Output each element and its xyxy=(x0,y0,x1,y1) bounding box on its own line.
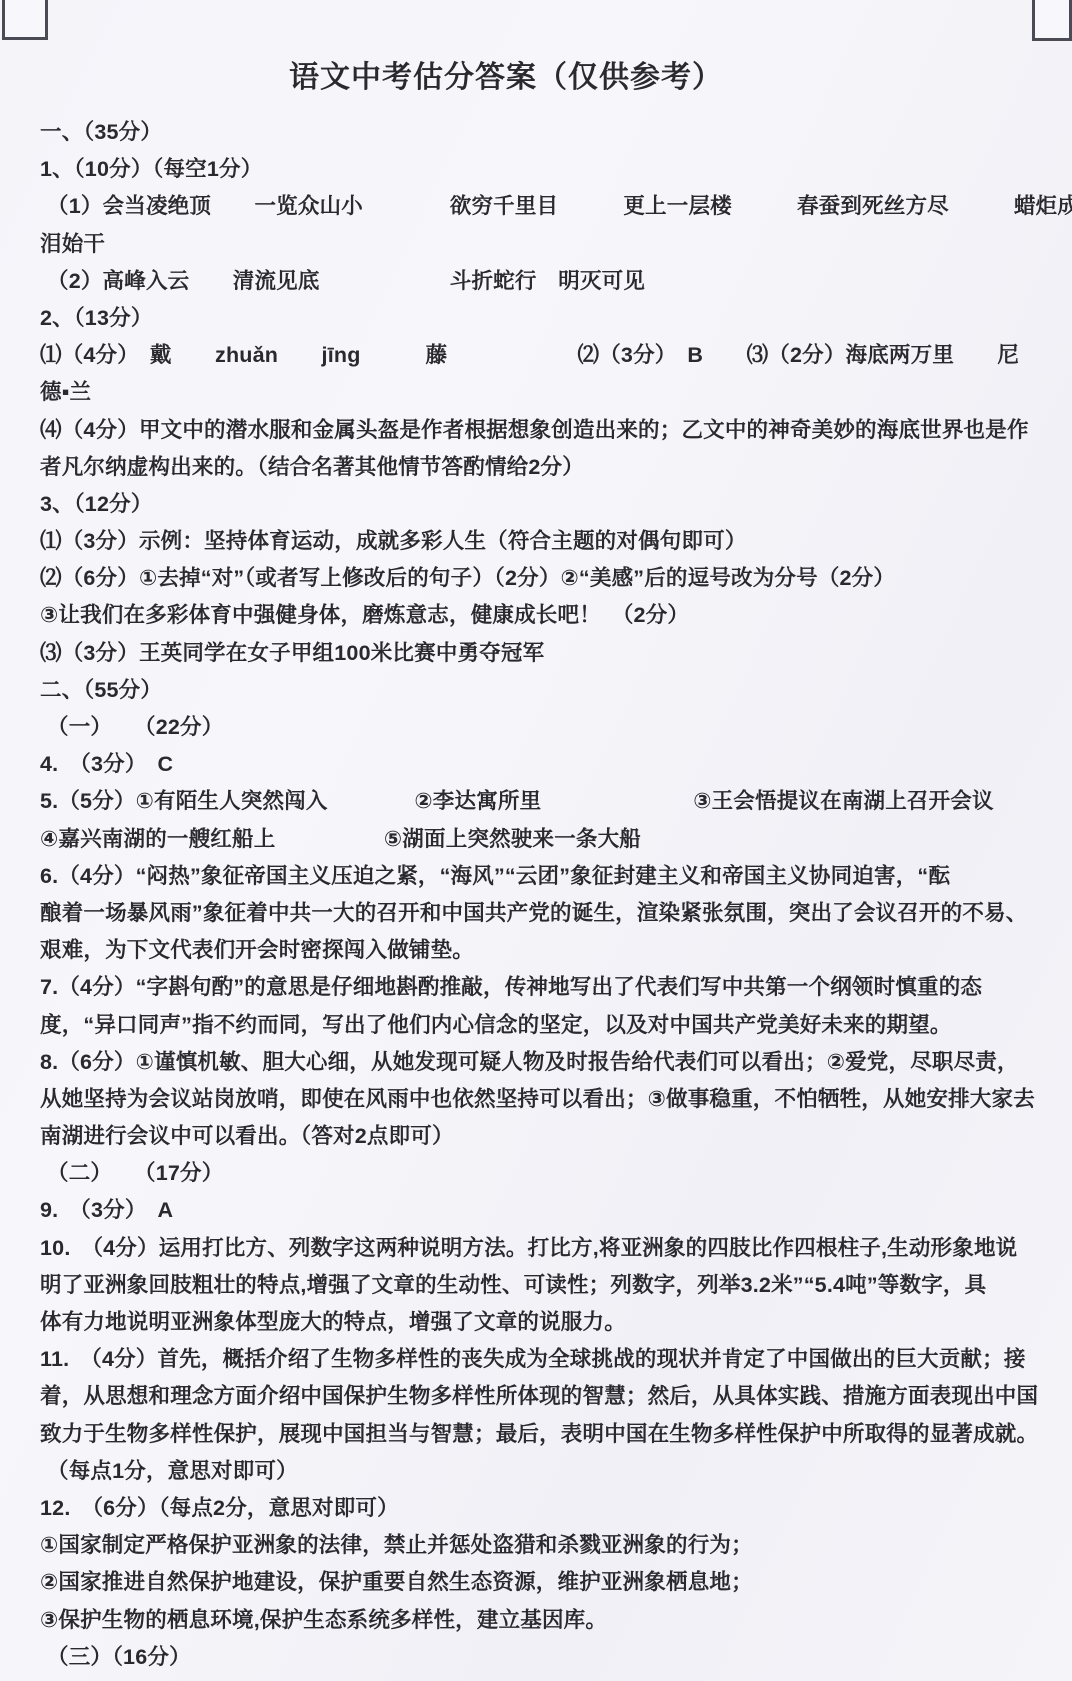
answer-line: 体有力地说明亚洲象体型庞大的特点，增强了文章的说服力。 xyxy=(40,1304,1048,1341)
answer-line: （三）（16分） xyxy=(40,1639,1048,1676)
answer-line: 一、（35分） xyxy=(40,114,1048,151)
answer-line: 6.（4分）“闷热”象征帝国主义压迫之紧，“海风”“云团”象征封建主义和帝国主义… xyxy=(40,858,1048,895)
answer-line: ②国家推进自然保护地建设，保护重要自然生态资源，维护亚洲象栖息地； xyxy=(40,1564,1048,1601)
answer-line: （2）高峰入云 清流见底 斗折蛇行 明灭可见 xyxy=(40,263,1048,300)
answer-line: 德▪兰 xyxy=(40,374,1048,411)
answer-line: 明了亚洲象回肢粗壮的特点,增强了文章的生动性、可读性；列数字，列举3.2米”“5… xyxy=(40,1267,1048,1304)
answer-line: 10. （4分）运用打比方、列数字这两种说明方法。打比方,将亚洲象的四肢比作四根… xyxy=(40,1230,1048,1267)
answer-line: 3、（12分） xyxy=(40,486,1048,523)
answer-line: ③让我们在多彩体育中强健身体，磨炼意志，健康成长吧！ （2分） xyxy=(40,597,1048,634)
answer-line: 2、（13分） xyxy=(40,300,1048,337)
answer-line: 泪始干 xyxy=(40,226,1048,263)
answer-line: （二） （17分） xyxy=(40,1155,1048,1192)
answer-line: ⑶（3分）王英同学在女子甲组100米比赛中勇夺冠军 xyxy=(40,635,1048,672)
answer-line: 度，“异口同声”指不约而同，写出了他们内心信念的坚定，以及对中国共产党美好未来的… xyxy=(40,1007,1048,1044)
page-title: 语文中考估分答案（仅供参考） xyxy=(0,0,1042,98)
answer-line: ⑵（6分）①去掉“对”（或者写上修改后的句子）（2分）②“美感”后的逗号改为分号… xyxy=(40,560,1048,597)
answer-line: ⑷（4分）甲文中的潜水服和金属头盔是作者根据想象创造出来的；乙文中的神奇美妙的海… xyxy=(40,412,1048,449)
answer-line: 酿着一场暴风雨”象征着中共一大的召开和中国共产党的诞生，渲染紧张氛围，突出了会议… xyxy=(40,895,1048,932)
answer-line: 致力于生物多样性保护，展现中国担当与智慧；最后，表明中国在生物多样性保护中所取得… xyxy=(40,1416,1048,1453)
answer-line: 4. （3分） C xyxy=(40,746,1048,783)
answer-line: 9. （3分） A xyxy=(40,1192,1048,1229)
answer-line: 11. （4分）首先，概括介绍了生物多样性的丧失成为全球挑战的现状并肯定了中国做… xyxy=(40,1341,1048,1378)
answer-line: 8.（6分）①谨慎机敏、胆大心细，从她发现可疑人物及时报告给代表们可以看出；②爱… xyxy=(40,1044,1048,1081)
answer-line: 1、（10分）（每空1分） xyxy=(40,151,1048,188)
answer-line: 艰难，为下文代表们开会时密探闯入做铺垫。 xyxy=(40,932,1048,969)
answer-line: 南湖进行会议中可以看出。（答对2点即可） xyxy=(40,1118,1048,1155)
answer-line: ④嘉兴南湖的一艘红船上 ⑤湖面上突然驶来一条大船 xyxy=(40,821,1048,858)
answer-line: 5.（5分）①有陌生人突然闯入 ②李达寓所里 ③王会悟提议在南湖上召开会议 xyxy=(40,783,1048,820)
answer-line: 者凡尔纳虚构出来的。（结合名著其他情节答酌情给2分） xyxy=(40,449,1048,486)
answer-line: 12. （6分）（每点2分，意思对即可） xyxy=(40,1490,1048,1527)
answer-line: ①国家制定严格保护亚洲象的法律，禁止并惩处盗猎和杀戮亚洲象的行为； xyxy=(40,1527,1048,1564)
answer-lines: 一、（35分）1、（10分）（每空1分）（1）会当凌绝顶 一览众山小 欲穷千里目… xyxy=(0,114,1072,1676)
document-page: 语文中考估分答案（仅供参考） 一、（35分）1、（10分）（每空1分）（1）会当… xyxy=(0,0,1072,1681)
answer-line: （一） （22分） xyxy=(40,709,1048,746)
answer-line: ③保护生物的栖息环境,保护生态系统多样性，建立基因库。 xyxy=(40,1602,1048,1639)
answer-line: 7.（4分）“字斟句酌”的意思是仔细地斟酌推敲，传神地写出了代表们写中共第一个纲… xyxy=(40,969,1048,1006)
answer-line: 着，从思想和理念方面介绍中国保护生物多样性所体现的智慧；然后，从具体实践、措施方… xyxy=(40,1378,1048,1415)
answer-line: （1）会当凌绝顶 一览众山小 欲穷千里目 更上一层楼 春蚕到死丝方尽 蜡炬成灰 xyxy=(40,188,1048,225)
answer-line: （每点1分，意思对即可） xyxy=(40,1453,1048,1490)
answer-line: ⑴（3分）示例：坚持体育运动，成就多彩人生（符合主题的对偶句即可） xyxy=(40,523,1048,560)
answer-line: ⑴（4分） 戴 zhuǎn jīng 藤 ⑵（3分） B ⑶（2分）海底两万里 … xyxy=(40,337,1048,374)
answer-line: 二、（55分） xyxy=(40,672,1048,709)
answer-line: 从她坚持为会议站岗放哨，即使在风雨中也依然坚持可以看出；③做事稳重，不怕牺牲，从… xyxy=(40,1081,1048,1118)
